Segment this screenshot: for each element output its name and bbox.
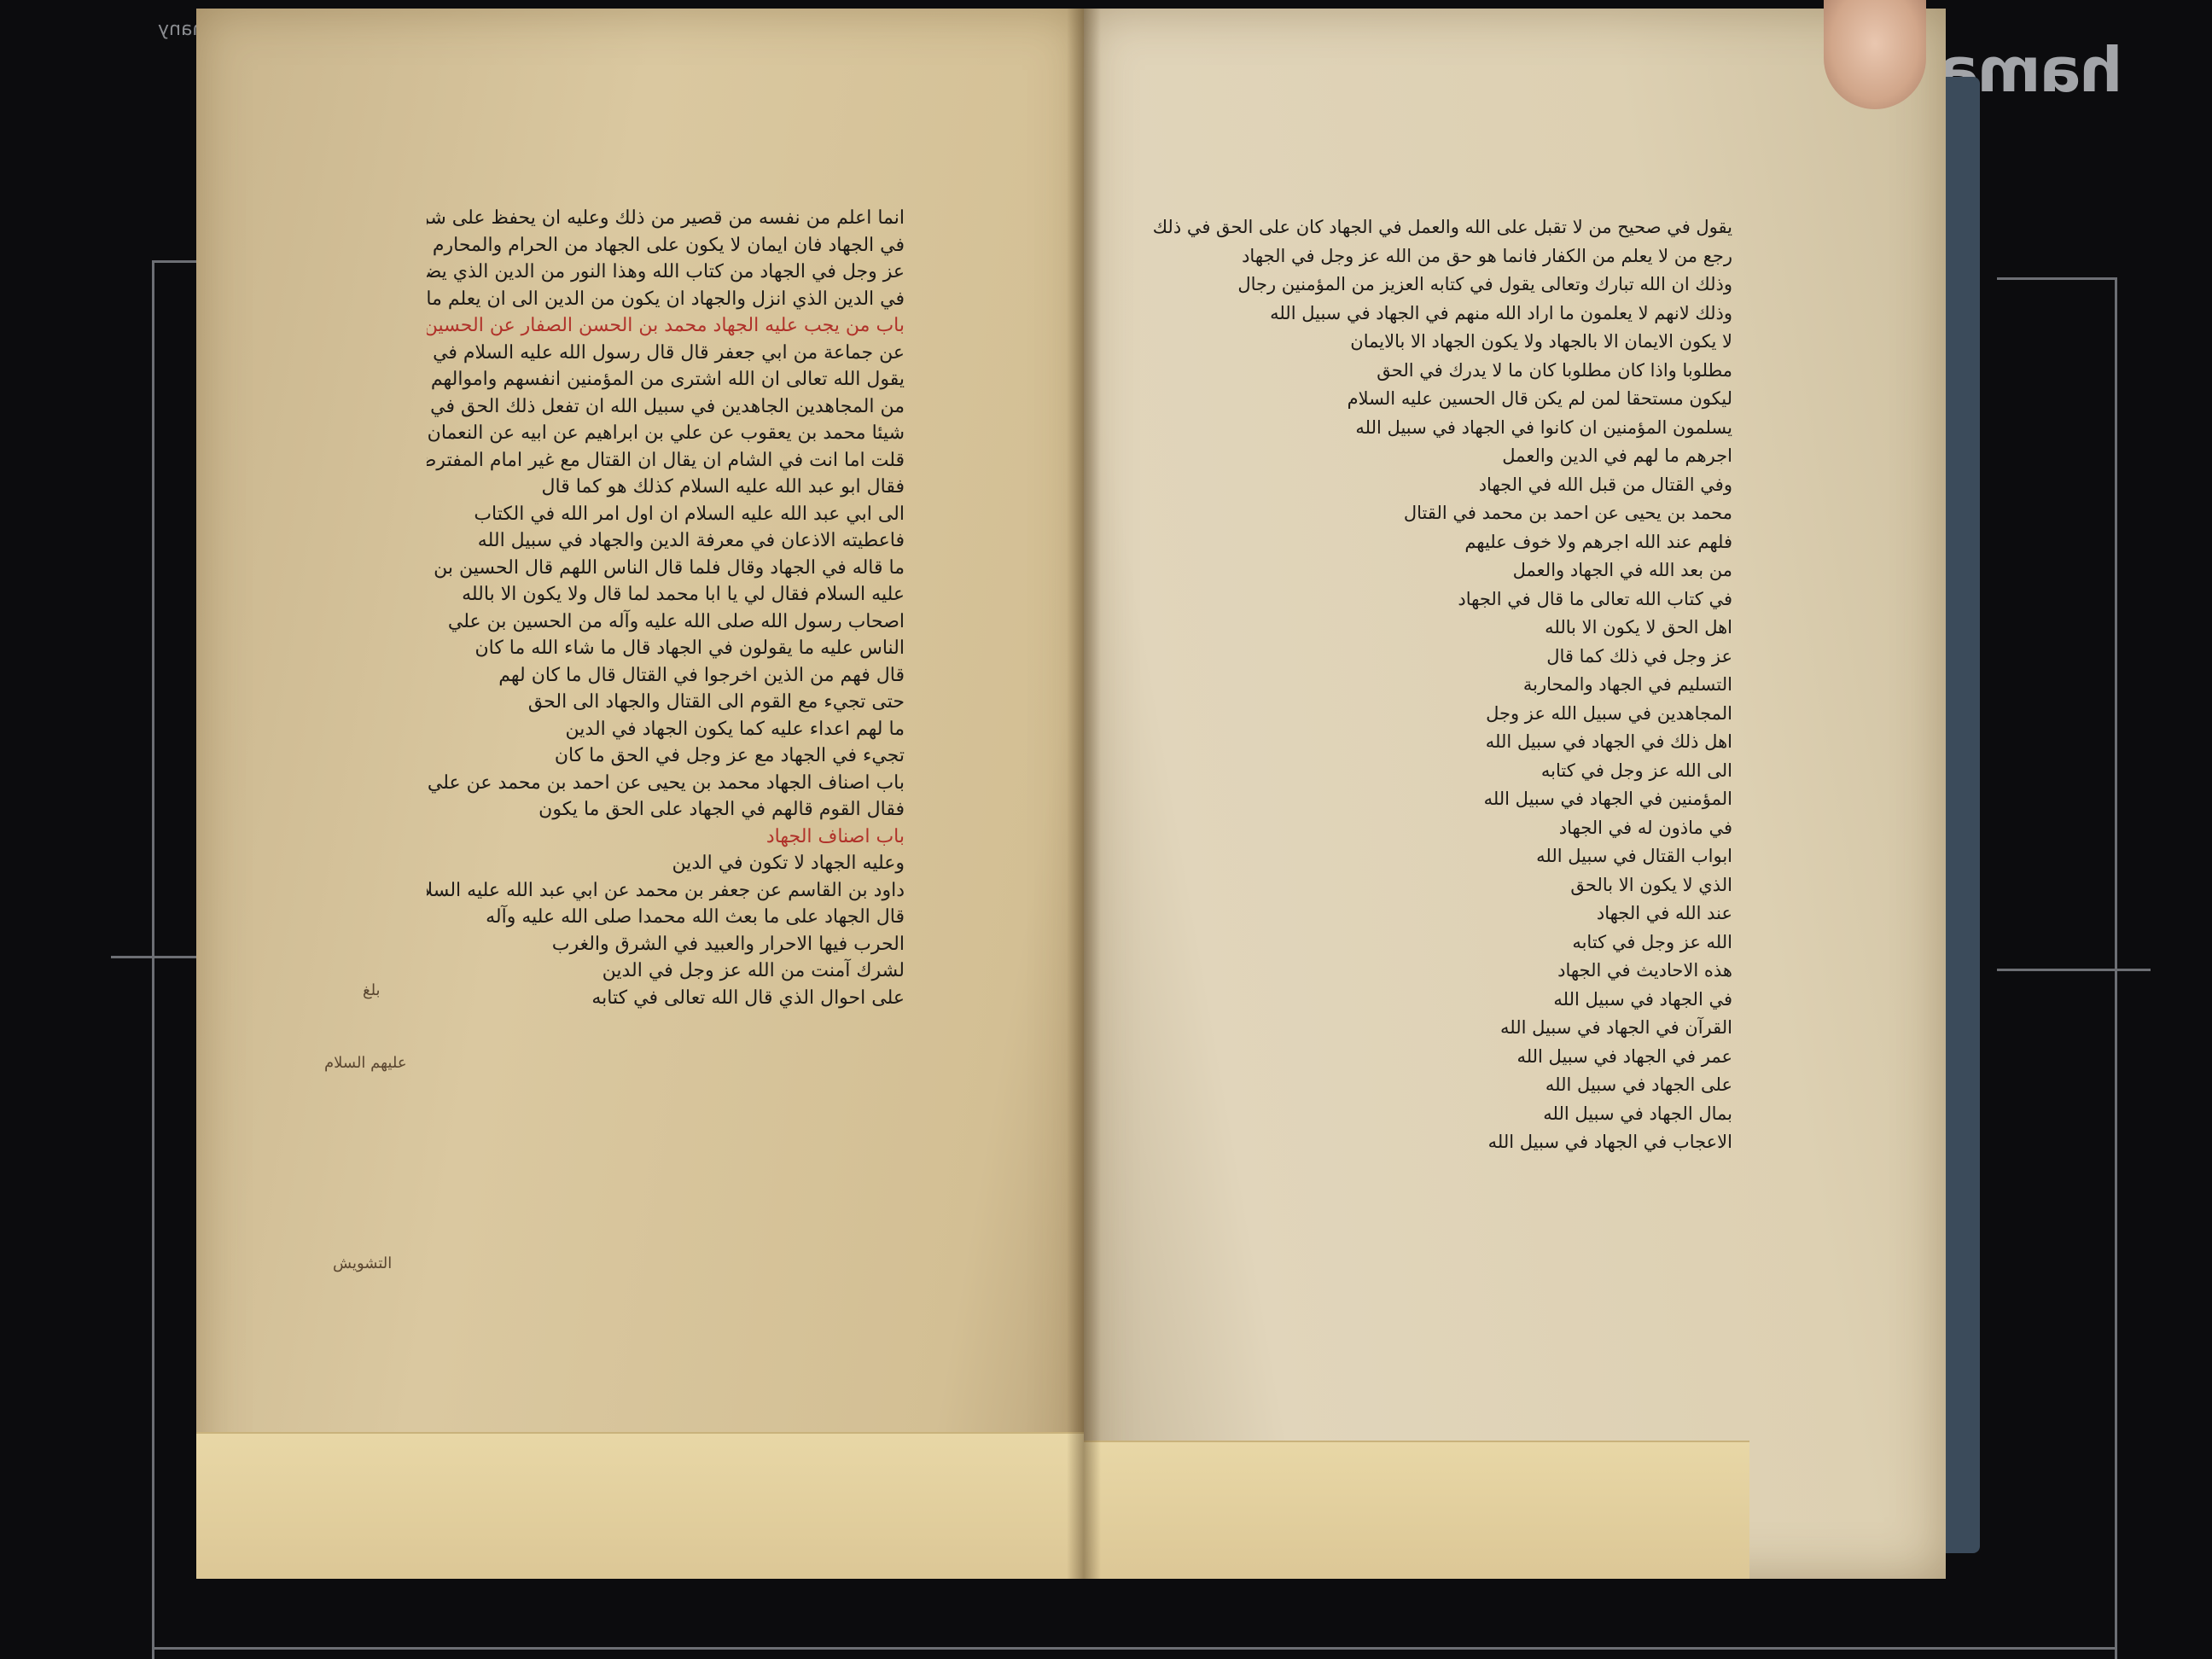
text-line: ما لهم اعداء عليه كما يكون الجهاد في الد… [427, 716, 905, 743]
text-line: اهل الحق لا يكون الا بالله [1135, 614, 1732, 643]
text-line: مطلوبا واذا كان مطلوبا كان ما لا يدرك في… [1135, 357, 1732, 386]
text-line: عز وجل في الجهاد من كتاب الله وهذا النور… [427, 259, 905, 286]
mat-grid-line [154, 1647, 2116, 1650]
text-line: في ماذون له في الجهاد [1135, 814, 1732, 843]
text-line: قلت اما انت في الشام ان يقال ان القتال م… [427, 447, 905, 474]
text-line: على احوال الذي قال الله تعالى في كتابه [427, 985, 905, 1012]
text-line: الاعجاب في الجهاد في سبيل الله [1135, 1128, 1732, 1157]
text-line: ليكون مستحقا لمن لم يكن قال الحسين عليه … [1135, 385, 1732, 414]
text-line: يسلمون المؤمنين ان كانوا في الجهاد في سب… [1135, 414, 1732, 443]
text-line: ما قاله في الجهاد وقال فلما قال الناس ال… [427, 555, 905, 582]
mat-grid-line [111, 956, 205, 958]
text-line: لا يكون الايمان الا بالجهاد ولا يكون الج… [1135, 328, 1732, 357]
text-line: في الجهاد في سبيل الله [1135, 986, 1732, 1015]
mat-grid-line [152, 260, 203, 263]
text-line: ابواب القتال في سبيل الله [1135, 842, 1732, 871]
holding-finger [1824, 0, 1926, 109]
text-line: وعليه الجهاد لا تكون في الدين [427, 850, 905, 877]
left-page-text: انما اعلم من نفسه من قصير من ذلك وعليه ا… [427, 205, 905, 1011]
rubric-heading: باب اصناف الجهاد [427, 824, 905, 851]
text-line: في الدين الذي انزل والجهاد ان يكون من ال… [427, 286, 905, 313]
text-line: يقول الله تعالى ان الله اشترى من المؤمني… [427, 366, 905, 393]
margin-note: بلغ [363, 981, 381, 999]
text-line: الذي لا يكون الا بالحق [1135, 871, 1732, 900]
text-line: اجرهم ما لهم في الدين والعمل [1135, 442, 1732, 471]
text-line: الى ابي عبد الله عليه السلام ان اول امر … [427, 501, 905, 528]
mat-grid-line [1997, 969, 2151, 971]
text-line: على الجهاد في سبيل الله [1135, 1071, 1732, 1100]
text-line: في كتاب الله تعالى ما قال في الجهاد [1135, 585, 1732, 614]
text-line: وذلك ان الله تبارك وتعالى يقول في كتابه … [1135, 271, 1732, 300]
paper-repair-strip [1084, 1441, 1749, 1579]
mat-grid-line [1997, 277, 2116, 280]
text-line: عند الله في الجهاد [1135, 899, 1732, 928]
text-line: المجاهدين في سبيل الله عز وجل [1135, 700, 1732, 729]
text-line: باب اصناف الجهاد محمد بن يحيى عن احمد بن… [427, 770, 905, 797]
right-page-text: يقول في صحيح من لا تقبل على الله والعمل … [1135, 213, 1732, 1157]
text-line: عليه السلام فقال لي يا ابا محمد لما قال … [427, 581, 905, 608]
text-line: في الجهاد فان ايمان لا يكون على الجهاد م… [427, 232, 905, 259]
text-line: القرآن في الجهاد في سبيل الله [1135, 1014, 1732, 1043]
text-line: فقال القوم قالهم في الجهاد على الحق ما ي… [427, 796, 905, 824]
text-line: انما اعلم من نفسه من قصير من ذلك وعليه ا… [427, 205, 905, 232]
text-line: يقول في صحيح من لا تقبل على الله والعمل … [1135, 213, 1732, 242]
text-line: الى الله عز وجل في كتابه [1135, 757, 1732, 786]
text-line: من بعد الله في الجهاد والعمل [1135, 556, 1732, 585]
left-page: انما اعلم من نفسه من قصير من ذلك وعليه ا… [196, 9, 1084, 1579]
text-line: المؤمنين في الجهاد في سبيل الله [1135, 785, 1732, 814]
text-line: لشرك آمنت من الله عز وجل في الدين [427, 958, 905, 985]
text-line: رجع من لا يعلم من الكفار فانما هو حق من … [1135, 242, 1732, 271]
text-line: قال الجهاد على ما بعث الله محمدا صلى الل… [427, 904, 905, 931]
text-line: حتى تجيء مع القوم الى القتال والجهاد الى… [427, 689, 905, 716]
mat-grid-line [152, 260, 154, 1659]
text-line: تجيء في الجهاد مع عز وجل في الحق ما كان [427, 742, 905, 770]
text-line: شيئا محمد بن يعقوب عن علي بن ابراهيم عن … [427, 420, 905, 447]
margin-note: التشويش [333, 1254, 392, 1272]
text-line: داود بن القاسم عن جعفر بن محمد عن ابي عب… [427, 877, 905, 905]
text-line: التسليم في الجهاد والمحاربة [1135, 671, 1732, 700]
text-line: بمال الجهاد في سبيل الله [1135, 1100, 1732, 1129]
text-line: عن جماعة من ابي جعفر قال قال رسول الله ع… [427, 340, 905, 367]
text-line: محمد بن يحيى عن احمد بن محمد في القتال [1135, 499, 1732, 528]
text-line: الناس عليه ما يقولون في الجهاد قال ما شا… [427, 635, 905, 662]
text-line: فلهم عند الله اجرهم ولا خوف عليهم [1135, 528, 1732, 557]
text-line: الله عز وجل في كتابه [1135, 928, 1732, 958]
text-line: هذه الاحاديث في الجهاد [1135, 957, 1732, 986]
rubric-heading: باب من يجب عليه الجهاد محمد بن الحسن الص… [427, 312, 905, 340]
book-gutter [1067, 9, 1101, 1579]
text-line: اهل ذلك في الجهاد في سبيل الله [1135, 728, 1732, 757]
paper-repair-strip [196, 1432, 1084, 1579]
margin-note: عليهم السلام [324, 1054, 407, 1072]
text-line: عمر في الجهاد في سبيل الله [1135, 1043, 1732, 1072]
text-line: قال فهم من الذين اخرجوا في القتال قال ما… [427, 662, 905, 690]
right-page: يقول في صحيح من لا تقبل على الله والعمل … [1084, 9, 1946, 1579]
text-line: اصحاب رسول الله صلى الله عليه وآله من ال… [427, 608, 905, 636]
text-line: وفي القتال من قبل الله في الجهاد [1135, 471, 1732, 500]
text-line: من المجاهدين الجاهدين في سبيل الله ان تف… [427, 393, 905, 421]
text-line: وذلك لانهم لا يعلمون ما اراد الله منهم ف… [1135, 300, 1732, 329]
text-line: فاعطيته الاذعان في معرفة الدين والجهاد ف… [427, 527, 905, 555]
open-manuscript: انما اعلم من نفسه من قصير من ذلك وعليه ا… [196, 9, 1971, 1596]
text-line: فقال ابو عبد الله عليه السلام كذلك هو كم… [427, 474, 905, 501]
text-line: الحرب فيها الاحرار والعبيد في الشرق والغ… [427, 931, 905, 958]
text-line: عز وجل في ذلك كما قال [1135, 643, 1732, 672]
